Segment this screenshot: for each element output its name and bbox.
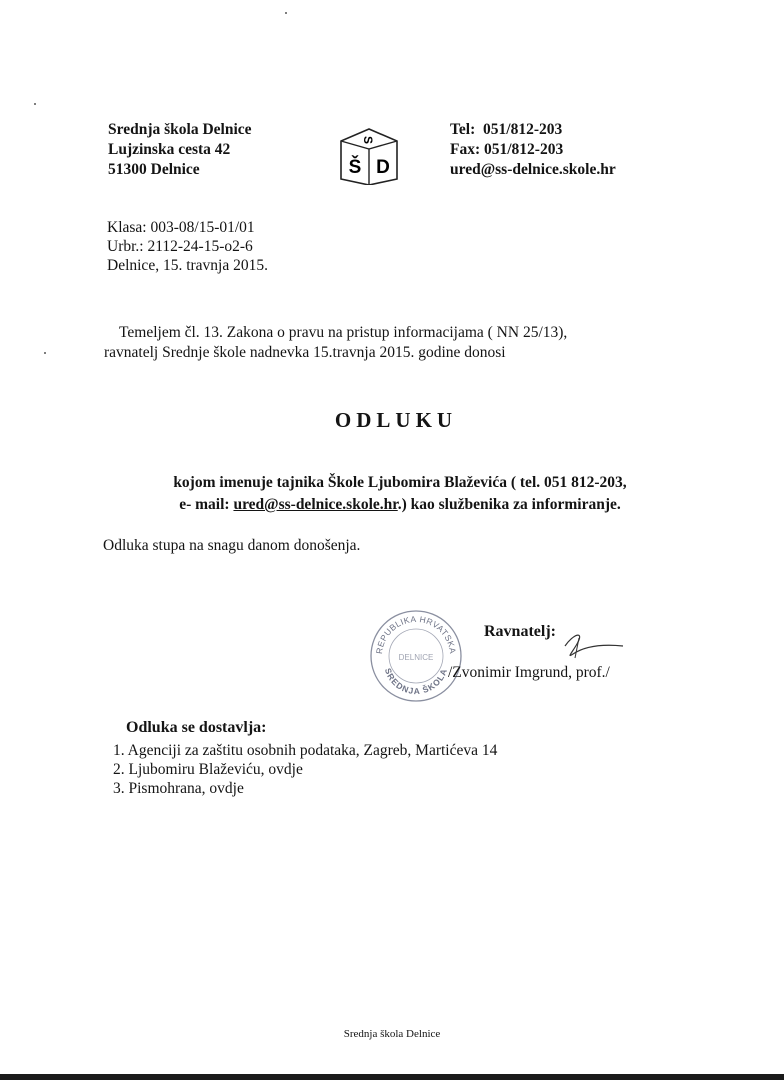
- list-item: 3. Pismohrana, ovdje: [113, 779, 497, 798]
- scan-speck: [285, 12, 287, 14]
- decision-line-1: kojom imenuje tajnika Škole Ljubomira Bl…: [120, 472, 680, 494]
- sender-street: Lujzinska cesta 42: [108, 140, 252, 160]
- place-date: Delnice, 15. travnja 2015.: [107, 256, 268, 275]
- list-item: 1. Agenciji za zaštitu osobnih podataka,…: [113, 741, 497, 760]
- distribution-heading: Odluka se dostavlja:: [126, 719, 266, 737]
- list-item: 2. Ljubomiru Blaževiću, ovdje: [113, 760, 497, 779]
- document-title: ODLUKU: [0, 408, 784, 433]
- svg-text:Š: Š: [349, 156, 362, 178]
- page-footer: Srednja škola Delnice: [0, 1028, 784, 1040]
- intro-paragraph: Temeljem čl. 13. Zakona o pravu na prist…: [104, 323, 567, 363]
- contact-tel: Tel: 051/812-203: [450, 120, 616, 140]
- urbr: Urbr.: 2112-24-15-o2-6: [107, 237, 268, 256]
- intro-line-2: ravnatelj Srednje škole nadnevka 15.trav…: [104, 343, 567, 363]
- decision-email-link[interactable]: ured@ss-delnice.skole.hr: [233, 496, 397, 513]
- document-meta: Klasa: 003-08/15-01/01 Urbr.: 2112-24-15…: [107, 218, 268, 275]
- school-logo-icon: S Š D: [339, 127, 399, 185]
- contact-block: Tel: 051/812-203 Fax: 051/812-203 ured@s…: [450, 120, 616, 180]
- svg-text:D: D: [376, 157, 390, 178]
- contact-email[interactable]: ured@ss-delnice.skole.hr: [450, 160, 616, 180]
- effective-statement: Odluka stupa na snagu danom donošenja.: [103, 536, 360, 556]
- klasa: Klasa: 003-08/15-01/01: [107, 218, 268, 237]
- intro-line-1: Temeljem čl. 13. Zakona o pravu na prist…: [104, 323, 567, 343]
- official-stamp-icon: REPUBLIKA HRVATSKA SREDNJA ŠKOLA DELNICE: [368, 606, 464, 702]
- svg-text:DELNICE: DELNICE: [399, 653, 434, 662]
- svg-text:S: S: [361, 136, 375, 144]
- decision-line-2: e- mail: ured@ss-delnice.skole.hr.) kao …: [120, 494, 680, 516]
- scan-speck: [34, 103, 36, 105]
- decision-email-label: e- mail:: [179, 496, 233, 513]
- sender-block: Srednja škola Delnice Lujzinska cesta 42…: [108, 120, 252, 180]
- distribution-heading-text: Odluka se dostavlja:: [126, 719, 266, 736]
- contact-fax: Fax: 051/812-203: [450, 140, 616, 160]
- decision-line-2-suffix: .) kao službenika za informiranje.: [398, 496, 621, 513]
- distribution-list: 1. Agenciji za zaštitu osobnih podataka,…: [113, 741, 497, 798]
- scan-speck: [44, 352, 46, 354]
- decision-text: kojom imenuje tajnika Škole Ljubomira Bl…: [120, 472, 680, 516]
- signature-name: /Zvonimir Imgrund, prof./: [448, 663, 610, 683]
- svg-text:REPUBLIKA HRVATSKA: REPUBLIKA HRVATSKA: [374, 614, 458, 655]
- sender-city: 51300 Delnice: [108, 160, 252, 180]
- scan-border: [0, 1074, 784, 1080]
- svg-text:SREDNJA ŠKOLA: SREDNJA ŠKOLA: [383, 667, 449, 696]
- sender-name: Srednja škola Delnice: [108, 120, 252, 140]
